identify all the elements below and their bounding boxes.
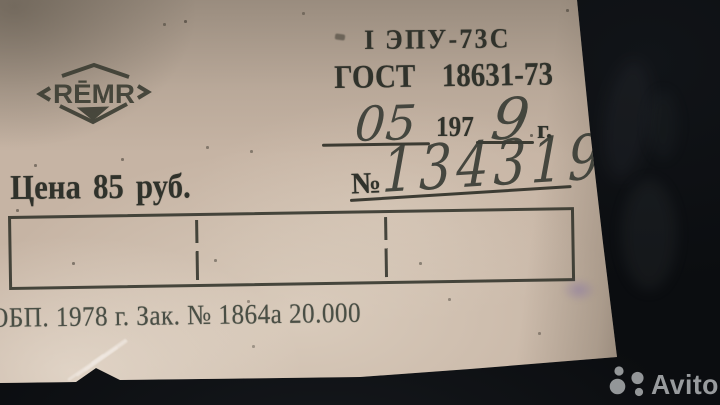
paper-label: RĒMR I ЭПУ-73С ГОСТ 18631-73 05 197 9 г.… [0,0,720,405]
serial-numero-sign: № [350,168,381,199]
logo-left-chevron [40,88,50,100]
ink-smudge [335,33,346,40]
photo-stage: RĒMR I ЭПУ-73С ГОСТ 18631-73 05 197 9 г.… [0,0,720,405]
background-smudge [622,180,676,290]
crease-mark [91,338,127,365]
paper-specks [0,0,3,3]
remr-logo-text: RĒMR [53,79,135,109]
gost-label: ГОСТ [334,61,416,95]
logo-right-chevron [138,86,148,98]
table-divider [384,217,388,277]
logo-diamond-top [62,65,129,77]
background-smudge [648,90,678,160]
ink-stain [556,274,602,306]
price-label: Цена 85 руб. [10,168,191,205]
table-divider [195,220,199,280]
avito-watermark: Avito [600,356,720,404]
model-number: I ЭПУ-73С [364,25,511,55]
remr-logo: RĒMR [36,62,152,126]
stamp-table [8,207,575,290]
imprint-line: ОБП. 1978 г. Зак. № 1864а 20.000 [0,300,361,333]
avito-wordmark: Avito [651,371,719,399]
avito-logo-icon [600,356,652,404]
